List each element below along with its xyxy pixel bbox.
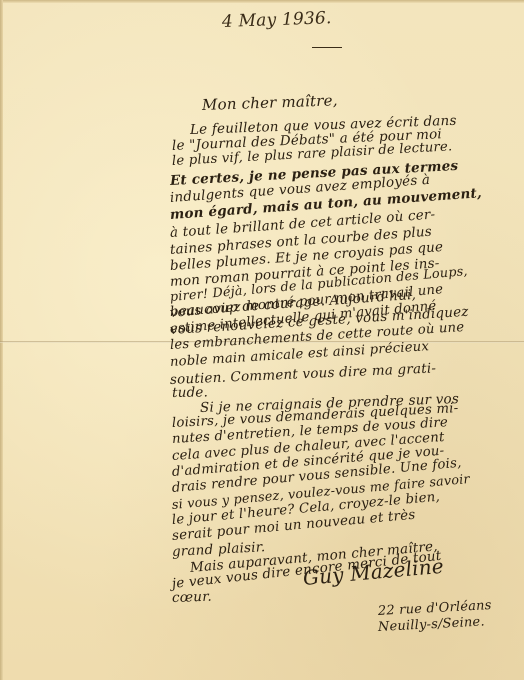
- letter-greeting: Mon cher maître,: [202, 91, 338, 114]
- letter-date: 4 May 1936.: [222, 8, 332, 32]
- date-underline: [312, 47, 342, 48]
- letter-page: 4 May 1936. Mon cher maître, Le feuillet…: [0, 0, 524, 680]
- letter-line: cœur.: [172, 589, 212, 606]
- letter-line: tude.: [172, 384, 208, 401]
- paper-edge-left: [0, 0, 3, 680]
- paper-edge-top: [0, 0, 524, 3]
